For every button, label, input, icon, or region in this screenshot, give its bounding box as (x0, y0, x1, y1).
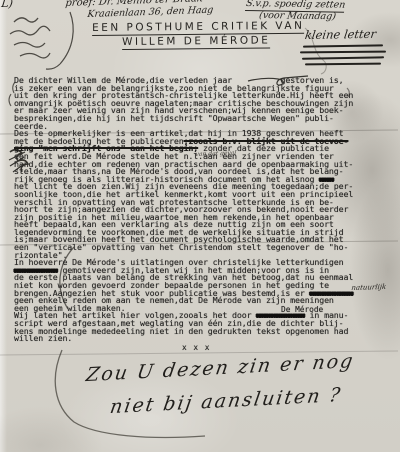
size-note-underline-3 (302, 56, 384, 59)
typed-line: willen zien. (14, 335, 396, 343)
interline-note: van dat geval (195, 150, 237, 158)
scanned-manuscript-page: L) proef: Dr. Menno ter Braak Kraaienlaa… (0, 0, 400, 452)
typed-segment: besprekingen,die hij in het tijdschrift … (14, 113, 334, 123)
corner-scribble (10, 12, 73, 69)
size-note: kleine letter (304, 27, 377, 42)
typed-line: besprekingen,die hij in het tijdschrift … (14, 115, 396, 123)
size-note-underline-1 (303, 44, 383, 47)
size-note-underline-2 (300, 51, 386, 54)
margin-insert: natuurlijk (351, 283, 387, 292)
bottom-question-line2: niet bij aansluiten ? (108, 384, 343, 418)
interline-correction: De Mérode (281, 305, 323, 314)
typed-body: De dichter Willem de Mérode,die verleden… (14, 77, 396, 343)
size-note-underline-4 (305, 63, 381, 65)
typed-line: een "verticale" opvatting van het Christ… (14, 244, 396, 252)
corner-mark: L) (1, 0, 14, 10)
bottom-question-line1: Zou U dezen zin er nog (84, 350, 356, 386)
margin-paren-2 (9, 94, 11, 106)
title-line2: WILLEM DE MÉRODE (122, 34, 270, 50)
section-separator: x x x (182, 343, 210, 352)
title-line1: EEN POSTHUME CRITIEK VAN (92, 20, 305, 36)
typed-segment: willen zien. (14, 333, 72, 343)
